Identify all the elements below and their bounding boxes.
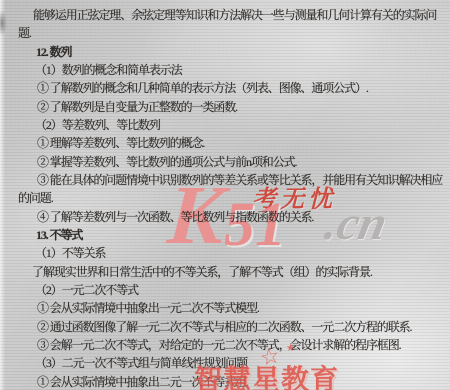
text-line: ③ 能在具体的问题情境中识别数列的等差关系或等比关系，并能用有关知识解决相应 xyxy=(18,171,450,189)
text-line: ③ 会解一元二次不等式，对给定的一元二次不等式，会设计求解的程序框图. xyxy=(18,336,450,354)
text-line: （1）数列的概念和简单表示法 xyxy=(18,61,450,79)
text-line: 题. xyxy=(18,24,450,42)
text-line: （3）二元一次不等式组与简单线性规划问题 xyxy=(18,354,450,372)
text-line: ① 会从实际情境中抽象出一元二次不等式模型. xyxy=(18,299,450,317)
text-line: ① 会从实际情境中抽象出二元一次不等式组. xyxy=(18,373,450,390)
scanned-page: K 考无忧 51 .cn 能够运用正弦定理、余弦定理等知识和方法解决一些与测量和… xyxy=(0,0,450,390)
text-line: 的问题. xyxy=(18,189,450,207)
text-line: （1）不等关系 xyxy=(18,244,450,262)
scan-smudge xyxy=(0,10,7,36)
text-line: 13. 不等式 xyxy=(18,226,450,244)
text-line: ① 了解数列的概念和几种简单的表示方法（列表、图像、通项公式）. xyxy=(18,79,450,97)
document-lines: 能够运用正弦定理、余弦定理等知识和方法解决一些与测量和几何计算有关的实际问题.1… xyxy=(18,6,450,390)
text-line: 12. 数列 xyxy=(18,43,450,61)
scan-edge-highlight xyxy=(0,0,5,390)
text-line: ② 通过函数图像了解一元二次不等式与相应的二次函数、一元二次方程的联系. xyxy=(18,318,450,336)
text-line: ② 掌握等差数列、等比数列的通项公式与前n项和公式. xyxy=(18,153,450,171)
text-line: （2）等差数列、等比数列 xyxy=(18,116,450,134)
text-line: 了解现实世界和日常生活中的不等关系，了解不等式（组）的实际背景. xyxy=(18,263,450,281)
text-line: ② 了解数列是自变量为正整数的一类函数. xyxy=(18,98,450,116)
text-line: （2）一元二次不等式 xyxy=(18,281,450,299)
text-line: 能够运用正弦定理、余弦定理等知识和方法解决一些与测量和几何计算有关的实际问 xyxy=(18,6,450,24)
text-line: ① 理解等差数列、等比数列的概念. xyxy=(18,134,450,152)
text-line: ④ 了解等差数列与一次函数、等比数列与指数函数的关系. xyxy=(18,208,450,226)
